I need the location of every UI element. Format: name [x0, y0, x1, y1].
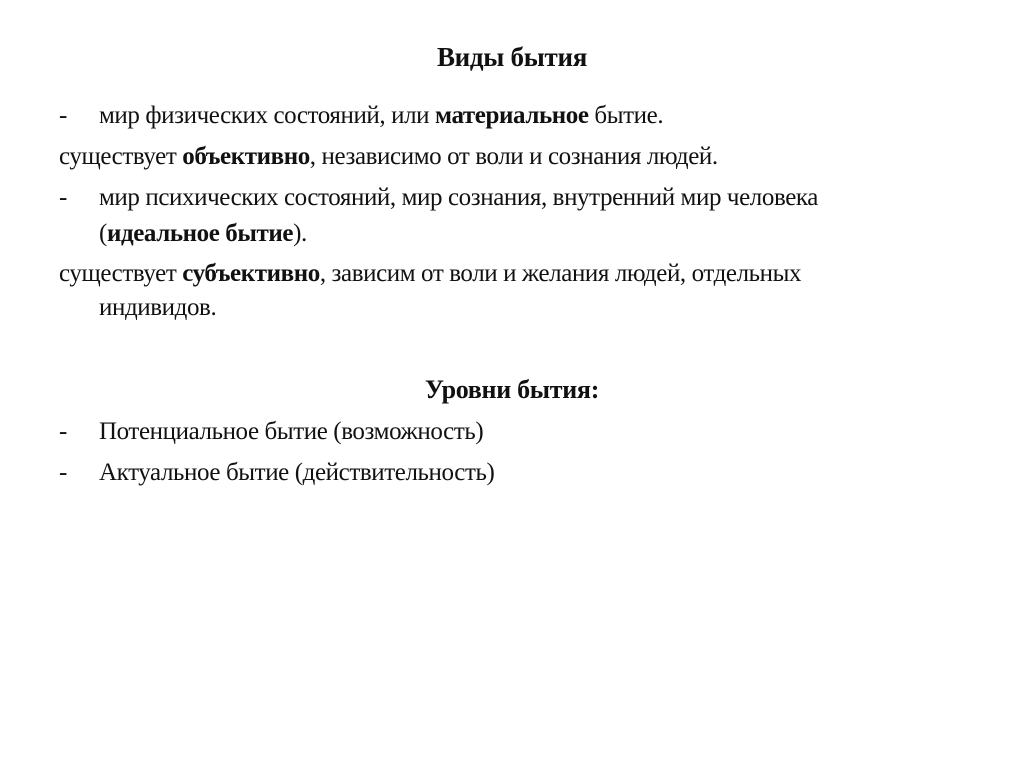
slide-title: Виды бытия — [0, 42, 1024, 73]
level-actual: Актуальное бытие (действительность) — [99, 459, 494, 487]
bullet-dash: - — [59, 459, 67, 487]
text: мир физических состояний, или — [99, 102, 435, 129]
item-ideal-line1: мир психических состояний, мир сознания,… — [99, 184, 818, 212]
text: ( — [99, 220, 107, 247]
item-material: мир физических состояний, или материальн… — [99, 102, 663, 130]
text: бытие. — [589, 102, 664, 129]
text: существует — [59, 260, 182, 287]
item-subjective: существует субъективно, зависим от воли … — [59, 260, 801, 288]
bold-term: идеальное бытие — [107, 220, 293, 247]
bold-term: объективно — [182, 143, 310, 170]
text: , зависим от воли и желания людей, отдел… — [320, 260, 801, 287]
item-subjective-line2: индивидов. — [99, 294, 216, 322]
bold-term: материальное — [435, 102, 589, 129]
item-objective: существует объективно, независимо от вол… — [59, 143, 718, 171]
item-ideal-line2: (идеальное бытие). — [99, 220, 307, 248]
bullet-dash: - — [59, 102, 67, 130]
bold-term: субъективно — [182, 260, 320, 287]
text: существует — [59, 143, 182, 170]
text: ). — [293, 220, 307, 247]
level-potential: Потенциальное бытие (возможность) — [99, 418, 483, 446]
section-subtitle: Уровни бытия: — [0, 375, 1024, 405]
text: , независимо от воли и сознания людей. — [310, 143, 718, 170]
bullet-dash: - — [59, 418, 67, 446]
bullet-dash: - — [59, 184, 67, 212]
